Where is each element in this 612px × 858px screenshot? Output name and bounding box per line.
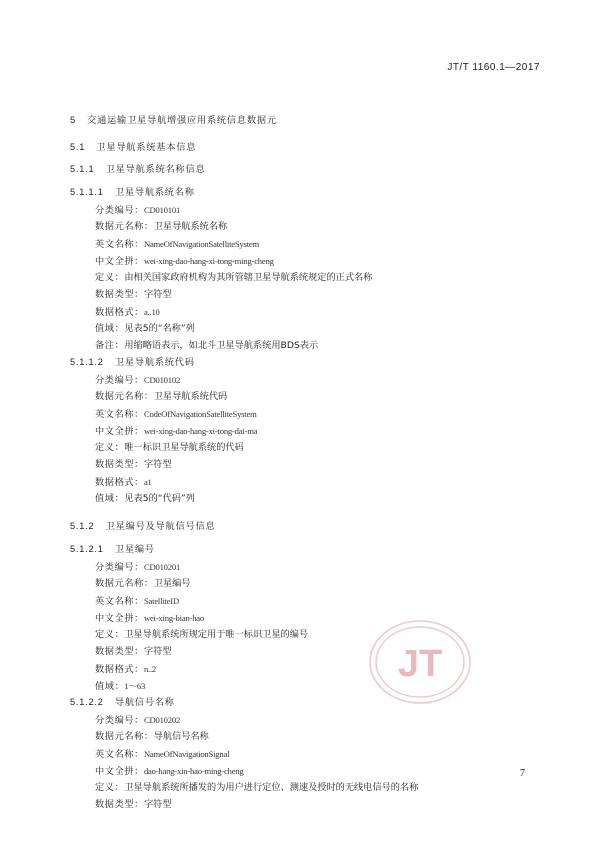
field-value: SatelliteID [144,596,179,606]
heading-title: 导航信号名称 [115,697,175,708]
heading-5-1-1-2: 5.1.1.2 卫星导航系统代码 [70,356,195,369]
heading-title: 卫星导航系统名称信息 [106,164,206,175]
field-label: 定义： [95,782,124,793]
field-value-domain: 值域：见表5的“名称”列 [95,323,195,335]
field-label: 分类编号： [95,205,144,216]
field-value: CD010102 [144,375,180,385]
heading-number: 5.1.2.2 [70,696,104,708]
field-label: 数据格式： [95,477,144,488]
heading-title: 卫星编号及导航信号信息 [106,521,216,532]
field-label: 数据元名称： [95,221,154,232]
field-label: 数据元名称： [95,391,154,402]
heading-title: 卫星导航系统代码 [115,357,195,368]
field-element-name: 数据元名称：导航信号名称 [95,731,209,743]
heading-title: 交通运输卫星导航增强应用系统信息数据元 [87,115,277,126]
field-english-name: 英文名称：SatelliteID [95,595,179,608]
heading-number: 5.1 [70,141,85,153]
heading-number: 5 [70,114,76,126]
field-label: 分类编号： [95,562,144,573]
field-english-name: 英文名称：NameOfNavigationSignal [95,748,229,761]
field-label: 数据类型： [95,459,144,470]
field-value: wei-xing-bian-hao [144,613,204,623]
field-value: CD010101 [144,205,180,215]
field-label: 数据类型： [95,289,144,300]
heading-5-1-1-1: 5.1.1.1 卫星导航系统名称 [70,186,195,199]
field-value: 字符型 [144,289,172,300]
field-value: 卫星导航系统所规定用于唯一标识卫星的编号 [124,629,308,640]
field-value: 由相关国家政府机构为其所管辖卫星导航系统规定的正式名称 [124,272,372,283]
field-value: NameOfNavigationSignal [144,749,229,759]
field-definition: 定义：唯一标识卫星导航系统的代码 [95,442,244,454]
field-value: 见表5的“代码”列 [124,493,195,504]
heading-5: 5 交通运输卫星导航增强应用系统信息数据元 [70,114,277,127]
field-value: 导航信号名称 [154,731,209,742]
field-label: 英文名称： [95,239,144,250]
field-label: 定义： [95,442,124,453]
field-label: 数据类型： [95,646,144,657]
field-remarks: 备注：用缩略语表示，如北斗卫星导航系统用BDS表示 [95,340,318,352]
heading-number: 5.1.2 [70,520,94,532]
field-pinyin: 中文全拼：wei-xing-bian-hao [95,612,204,625]
field-value: CD010202 [144,715,180,725]
heading-5-1-2-1: 5.1.2.1 卫星编号 [70,543,155,556]
field-definition: 定义：卫星导航系统所播发的为用户进行定位、测速及授时的无线电信号的名称 [95,782,418,794]
field-value: 卫星导航系统所播发的为用户进行定位、测速及授时的无线电信号的名称 [124,782,418,793]
field-label: 英文名称： [95,749,144,760]
field-value: a1 [144,477,152,487]
heading-5-1-1: 5.1.1 卫星导航系统名称信息 [70,163,205,176]
watermark-text: JT [398,643,442,685]
field-label: 英文名称： [95,596,144,607]
field-category-code: 分类编号：CD010101 [95,204,180,217]
field-label: 备注： [95,340,124,351]
field-value: 1～63 [124,681,145,691]
jt-watermark-logo: JT [368,618,472,706]
field-value: 卫星导航系统名称 [154,221,228,232]
field-label: 数据类型： [95,799,144,810]
field-value: 字符型 [144,459,172,470]
field-value: n..2 [144,664,156,674]
field-value: 卫星导航系统代码 [154,391,228,402]
field-label: 分类编号： [95,715,144,726]
field-data-format: 数据格式：a..10 [95,306,160,319]
field-data-format: 数据格式：a1 [95,476,152,489]
heading-number: 5.1.1.1 [70,186,104,198]
field-pinyin: 中文全拼：wei-xing-dao-hang-xi-tong-dai-ma [95,425,257,438]
heading-title: 卫星导航系统基本信息 [96,142,196,153]
heading-number: 5.1.1.2 [70,356,104,368]
standard-code: JT/T 1160.1—2017 [447,62,540,73]
heading-number: 5.1.2.1 [70,543,104,555]
field-label: 数据格式： [95,664,144,675]
field-label: 中文全拼： [95,613,144,624]
field-value: CodeOfNavigationSatelliteSystem [144,409,257,419]
field-definition: 定义：卫星导航系统所规定用于唯一标识卫星的编号 [95,629,308,641]
field-label: 定义： [95,272,124,283]
heading-5-1: 5.1 卫星导航系统基本信息 [70,141,196,154]
field-label: 值域： [95,681,124,692]
jt-logo-icon: JT [368,618,472,706]
field-label: 值域： [95,323,124,334]
field-value: 见表5的“名称”列 [124,323,195,334]
field-data-type: 数据类型：字符型 [95,799,172,811]
heading-title: 卫星导航系统名称 [115,187,195,198]
field-definition: 定义：由相关国家政府机构为其所管辖卫星导航系统规定的正式名称 [95,272,372,284]
field-value: wei-xing-dao-hang-xi-tong-dai-ma [144,426,257,436]
field-category-code: 分类编号：CD010202 [95,714,180,727]
field-label: 中文全拼： [95,256,144,267]
field-data-type: 数据类型：字符型 [95,646,172,658]
field-label: 英文名称： [95,409,144,420]
heading-number: 5.1.1 [70,163,94,175]
field-value: 卫星编号 [154,578,191,589]
field-label: 数据元名称： [95,578,154,589]
field-pinyin: 中文全拼：dao-hang-xin-hao-ming-cheng [95,765,244,778]
heading-title: 卫星编号 [115,544,155,555]
field-value: a..10 [144,307,160,317]
field-value: 字符型 [144,646,172,657]
field-data-format: 数据格式：n..2 [95,663,156,676]
field-label: 中文全拼： [95,426,144,437]
field-value: dao-hang-xin-hao-ming-cheng [144,766,244,776]
field-value: CD010201 [144,562,180,572]
field-data-type: 数据类型：字符型 [95,459,172,471]
field-value-domain: 值域：1～63 [95,680,145,693]
field-category-code: 分类编号：CD010201 [95,561,180,574]
field-label: 数据元名称： [95,731,154,742]
field-value: NameOfNavigationSatelliteSystem [144,239,259,249]
field-category-code: 分类编号：CD010102 [95,374,180,387]
field-element-name: 数据元名称：卫星编号 [95,578,190,590]
field-label: 中文全拼： [95,766,144,777]
field-label: 数据格式： [95,307,144,318]
field-element-name: 数据元名称：卫星导航系统名称 [95,221,227,233]
field-value-domain: 值域：见表5的“代码”列 [95,493,195,505]
field-label: 值域： [95,493,124,504]
field-english-name: 英文名称：NameOfNavigationSatelliteSystem [95,238,259,251]
field-value: 用缩略语表示，如北斗卫星导航系统用BDS表示 [124,340,318,351]
field-english-name: 英文名称：CodeOfNavigationSatelliteSystem [95,408,257,421]
field-value: wei-xing-dao-hang-xi-tong-ming-cheng [144,256,274,266]
field-element-name: 数据元名称：卫星导航系统代码 [95,391,227,403]
page-number: 7 [520,768,525,779]
field-value: 唯一标识卫星导航系统的代码 [124,442,243,453]
field-label: 定义： [95,629,124,640]
field-value: 字符型 [144,799,172,810]
field-pinyin: 中文全拼：wei-xing-dao-hang-xi-tong-ming-chen… [95,255,274,268]
field-label: 分类编号： [95,375,144,386]
heading-5-1-2-2: 5.1.2.2 导航信号名称 [70,696,175,709]
field-data-type: 数据类型：字符型 [95,289,172,301]
heading-5-1-2: 5.1.2 卫星编号及导航信号信息 [70,520,215,533]
